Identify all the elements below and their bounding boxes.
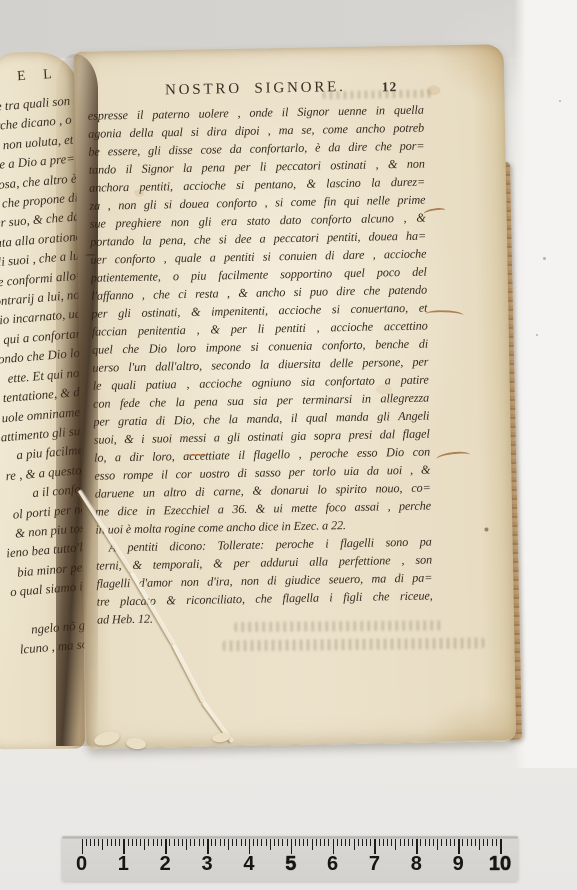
ruler-label: 9 — [441, 853, 475, 876]
ruler-label: 3 — [190, 853, 224, 876]
ruler-tick — [370, 839, 371, 846]
ruler-tick — [270, 839, 271, 850]
ruler-tick — [475, 839, 476, 846]
ruler-tick — [232, 839, 233, 846]
ruler-label: 6 — [316, 853, 350, 876]
ruler-tick — [148, 839, 149, 846]
ruler-tick — [379, 839, 380, 846]
ruler-tick — [190, 839, 191, 846]
ruler-tick — [107, 839, 108, 846]
ruler-tick — [387, 839, 388, 846]
ruler-tick — [249, 839, 251, 854]
ruler-tick — [483, 839, 484, 846]
ruler-tick — [228, 839, 229, 850]
ruler-tick — [111, 839, 112, 846]
ruler-tick — [362, 839, 363, 846]
ruler-tick — [207, 839, 209, 854]
main-page-text: espresse il paterno uolere , onde il Sig… — [88, 101, 434, 629]
ruler-tick — [211, 839, 212, 846]
ruler-tick — [257, 839, 258, 846]
ruler-tick — [429, 839, 430, 846]
showthrough-mark — [222, 637, 484, 651]
ruler-tick — [324, 839, 325, 846]
ruler-tick — [186, 839, 187, 850]
photo-scene: E L cose tra quali sonperche dicano , oa… — [0, 0, 577, 890]
ruler-tick — [203, 839, 204, 846]
ruler-tick — [425, 839, 426, 846]
ruler-tick — [316, 839, 317, 846]
ruler-tick — [437, 839, 438, 850]
ink-squiggle — [425, 310, 463, 320]
header-row: NOSTRO SIGNORE. 12 — [87, 78, 423, 104]
ruler-tick — [261, 839, 262, 846]
ruler-tick — [446, 839, 447, 846]
ruler-tick — [82, 839, 84, 854]
dust-speck — [543, 257, 546, 260]
ruler-tick — [433, 839, 434, 846]
ruler-tick — [462, 839, 463, 846]
ruler-tick — [441, 839, 442, 846]
ruler-tick — [182, 839, 183, 846]
dust-speck — [559, 100, 561, 102]
backdrop-right-panel — [514, 0, 577, 768]
ruler-label: 8 — [399, 853, 433, 876]
ruler: 012345678910 — [62, 836, 518, 881]
ruler-tick — [404, 839, 405, 846]
ruler-tick — [349, 839, 350, 846]
foxing-spot — [426, 85, 440, 95]
ruler-tick — [278, 839, 279, 846]
ruler-tick — [165, 839, 167, 854]
ruler-tick — [90, 839, 91, 846]
ruler-tick — [450, 839, 451, 846]
ruler-tick — [224, 839, 225, 846]
page-number: 12 — [382, 79, 398, 95]
ruler-tick — [241, 839, 242, 846]
ruler-tick — [236, 839, 237, 846]
ruler-tick — [337, 839, 338, 846]
ink-squiggle — [423, 207, 446, 217]
ruler-tick — [215, 839, 216, 846]
left-page: E L cose tra quali sonperche dicano , oa… — [0, 52, 85, 750]
ruler-tick — [354, 839, 355, 850]
ruler-tick — [245, 839, 246, 846]
ruler-tick — [454, 839, 455, 846]
ruler-label: 0 — [65, 853, 99, 876]
ruler-tick — [487, 839, 488, 846]
ruler-tick — [144, 839, 145, 850]
ruler-tick — [194, 839, 195, 846]
ruler-tick — [345, 839, 346, 846]
ruler-tick — [174, 839, 175, 846]
ruler-tick — [291, 839, 293, 854]
left-running-title: E L — [17, 67, 60, 86]
dust-speck — [536, 334, 538, 336]
ruler-tick — [467, 839, 468, 846]
ruler-tick — [479, 839, 480, 850]
ruler-tick — [333, 839, 335, 854]
ruler-tick — [312, 839, 313, 850]
ruler-label: 10 — [483, 853, 517, 876]
ruler-tick — [307, 839, 308, 846]
ruler-tick — [153, 839, 154, 846]
ruler-tick — [220, 839, 221, 846]
ruler-label: 1 — [106, 853, 140, 876]
ruler-tick — [492, 839, 493, 846]
ruler-tick — [471, 839, 472, 846]
ruler-tick — [395, 839, 396, 850]
ruler-tick — [400, 839, 401, 846]
running-title: NOSTRO SIGNORE. — [87, 78, 423, 101]
ruler-tick — [98, 839, 99, 846]
ruler-tick — [161, 839, 162, 846]
ruler-tick — [253, 839, 254, 846]
ruler-tick — [458, 839, 460, 854]
ruler-tick — [328, 839, 329, 846]
ruler-tick — [274, 839, 275, 846]
ruler-tick — [287, 839, 288, 846]
ruler-tick — [132, 839, 133, 846]
ink-squiggle — [436, 450, 471, 464]
main-page: NOSTRO SIGNORE. 12 espresse il paterno u… — [74, 44, 517, 749]
wormhole-dot — [484, 527, 488, 531]
ruler-tick — [136, 839, 137, 846]
ruler-tick — [282, 839, 283, 846]
ruler-tick — [496, 839, 497, 846]
ruler-tick — [128, 839, 129, 846]
ruler-label: 2 — [148, 853, 182, 876]
ruler-tick — [178, 839, 179, 846]
ruler-tick — [500, 839, 502, 854]
ruler-label: 4 — [232, 853, 266, 876]
ruler-tick — [199, 839, 200, 846]
ruler-tick — [303, 839, 304, 846]
ruler-tick — [416, 839, 418, 854]
ruler-tick — [383, 839, 384, 846]
ruler-tick — [299, 839, 300, 846]
ruler-tick — [169, 839, 170, 846]
ruler-tick — [157, 839, 158, 846]
ruler-label: 5 — [274, 853, 308, 876]
ruler-tick — [119, 839, 120, 846]
ruler-tick — [358, 839, 359, 846]
ruler-tick — [266, 839, 267, 846]
ruler-tick — [115, 839, 116, 846]
ruler-tick — [123, 839, 125, 854]
ruler-tick — [374, 839, 376, 854]
ruler-tick — [391, 839, 392, 846]
ruler-tick — [94, 839, 95, 846]
ruler-tick — [412, 839, 413, 846]
ruler-tick — [86, 839, 87, 846]
ruler-tick — [295, 839, 296, 846]
ruler-tick — [140, 839, 141, 846]
ruler-tick — [408, 839, 409, 846]
ruler-tick — [102, 839, 103, 850]
ruler-tick — [420, 839, 421, 846]
ruler-label: 7 — [357, 853, 391, 876]
ruler-tick — [320, 839, 321, 846]
ruler-tick — [341, 839, 342, 846]
ruler-tick — [366, 839, 367, 846]
